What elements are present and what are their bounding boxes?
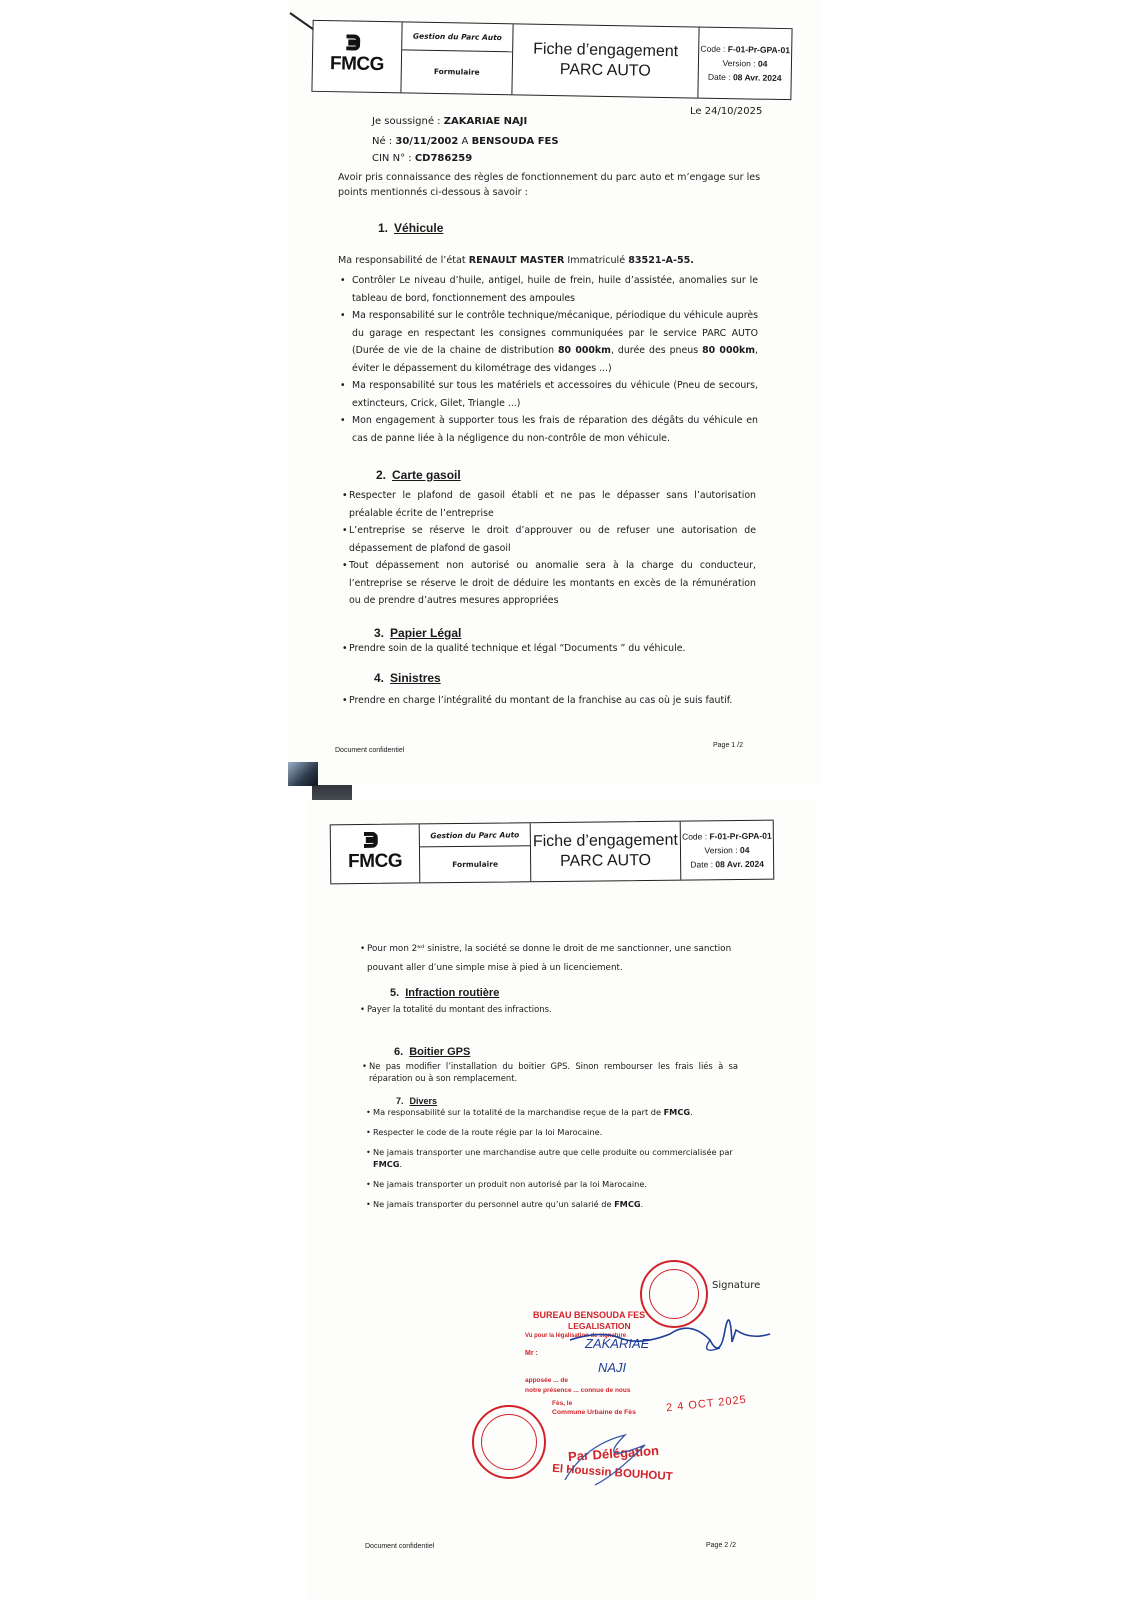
list-item: Prendre en charge l’intégralité du monta… [342,692,756,710]
doc-type-label: Formulaire [420,846,530,882]
intro-paragraph: Avoir pris connaissance des règles de fo… [338,170,762,200]
birth-line: Né : 30/11/2002 A BENSOUDA FES [372,136,559,147]
document-meta: Code : F-01-Pr-GPA-01 Version : 04 Date … [681,821,774,880]
stamp-mr: Mr : [525,1350,538,1357]
section-2-list: Respecter le plafond de gasoil établi et… [342,487,756,610]
footer-page-number-p1: Page 1 /2 [713,742,743,749]
cin-line: CIN N° : CD786259 [372,153,472,164]
section-3-list: Prendre soin de la qualité technique et … [342,640,756,658]
section-6-list: Ne pas modifier l’installation du boitie… [362,1060,738,1092]
fmcg-logo: FMCG [331,824,421,883]
commune-round-stamp [472,1405,546,1479]
stamp-fes: Fès, le [552,1400,572,1407]
handwritten-name-2: NAJI [598,1360,626,1375]
stamp-presence: notre présence ... connue de nous [525,1387,630,1394]
document-title: Fiche d’engagement PARC AUTO [531,822,682,882]
list-item: Ne jamais transporter un produit non aut… [366,1178,740,1190]
section-3-title: 3.Papier Légal [374,626,461,640]
document-date: Le 24/10/2025 [690,106,762,117]
list-item: Respecter le plafond de gasoil établi et… [342,487,756,522]
footer-confidential-p1: Document confidentiel [335,747,404,754]
section-5-title: 5.Infraction routière [390,987,499,999]
scan-margin [822,0,1131,1599]
stamp-apposee: apposée ... de [525,1377,568,1384]
officer-signature [555,1425,665,1495]
document-header-page2: FMCG Gestion du Parc Auto Formulaire Fic… [330,820,775,885]
scan-shadow [288,762,318,786]
list-item: Payer la totalité du montant des infract… [360,1003,740,1016]
department-label: Gestion du Parc Auto [420,823,530,847]
handwritten-name-1: ZAKARIAE [585,1336,649,1351]
list-item: Contrôler Le niveau d’huile, antigel, hu… [338,272,758,307]
handwritten-signature [560,1300,780,1370]
section-1-title: 1.Véhicule [378,221,443,235]
soussigne-line: Je soussigné : ZAKARIAE NAJI [372,116,527,127]
fmcg-arrow-icon [346,34,368,50]
stamp-commune: Commune Urbaine de Fès [552,1409,636,1416]
list-item: Prendre soin de la qualité technique et … [342,640,756,658]
doc-type-label: Formulaire [401,50,512,94]
section-7-list: Ma responsabilité sur la totalité de la … [366,1106,740,1218]
signature-label: Signature [712,1280,760,1291]
footer-confidential-p2: Document confidentiel [365,1543,434,1550]
list-item: Ma responsabilité sur tous les matériels… [338,377,758,412]
section-5-list: Payer la totalité du montant des infract… [360,1003,740,1024]
list-item: Ma responsabilité sur le contrôle techni… [338,307,758,377]
list-item: Ne pas modifier l’installation du boitie… [362,1060,738,1084]
footer-page-number-p2: Page 2 /2 [706,1542,736,1549]
continuation-list: Pour mon 2ᶰᵈ sinistre, la société se don… [360,940,740,978]
list-item: Ma responsabilité sur la totalité de la … [366,1106,740,1118]
fmcg-arrow-icon [364,831,386,847]
section-1-list: Contrôler Le niveau d’huile, antigel, hu… [338,272,758,447]
section-4-title: 4.Sinistres [374,671,441,685]
list-item: L’entreprise se réserve le droit d’appro… [342,522,756,557]
list-item: Ne jamais transporter une marchandise au… [366,1146,740,1170]
section-2-title: 2.Carte gasoil [376,468,461,482]
section-7-title: 7.Divers [396,1096,437,1106]
section-6-title: 6.Boitier GPS [394,1046,470,1058]
document-meta: Code : F-01-Pr-GPA-01 Version : 04 Date … [698,28,791,100]
list-item: Tout dépassement non autorisé ou anomali… [342,557,756,610]
section-4-list: Prendre en charge l’intégralité du monta… [342,692,756,710]
list-item: Pour mon 2ᶰᵈ sinistre, la société se don… [360,940,740,978]
section-1-lead: Ma responsabilité de l’état RENAULT MAST… [338,253,694,268]
list-item: Mon engagement à supporter tous les frai… [338,412,758,447]
document-header-page1: FMCG Gestion du Parc Auto Formulaire Fic… [311,20,792,100]
department-label: Gestion du Parc Auto [402,22,512,52]
document-title: Fiche d’engagement PARC AUTO [512,24,699,97]
list-item: Ne jamais transporter du personnel autre… [366,1198,740,1210]
list-item: Respecter le code de la route régie par … [366,1126,740,1138]
fmcg-logo: FMCG [312,21,402,93]
